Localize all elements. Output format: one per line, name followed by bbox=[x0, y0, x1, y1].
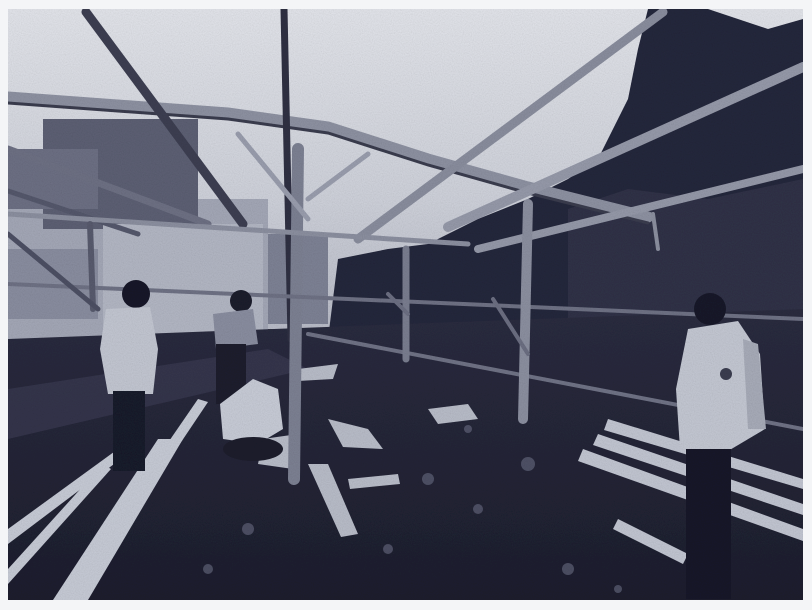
photograph: Grayscale halftone photograph of workers… bbox=[8, 9, 803, 600]
construction-scene bbox=[8, 9, 803, 600]
